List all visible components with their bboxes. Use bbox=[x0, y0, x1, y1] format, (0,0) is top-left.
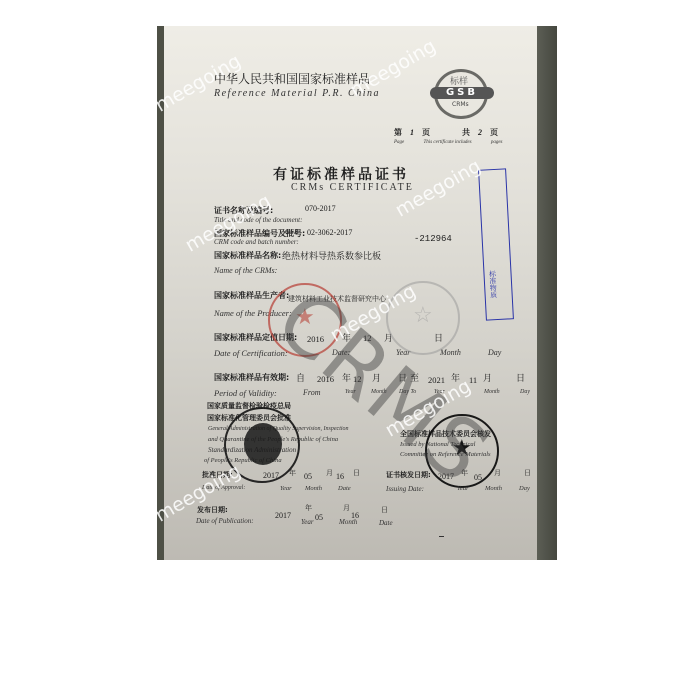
includes-en: This certificate includes bbox=[424, 140, 472, 145]
crm-code-value: 02-3062-2017 bbox=[307, 228, 352, 237]
crm-code-label-en: CRM code and batch number: bbox=[214, 238, 299, 246]
issuing-label-en: Issuing Date: bbox=[386, 485, 424, 493]
publication-day-zh: 日 bbox=[381, 505, 388, 515]
approval-day-zh: 日 bbox=[353, 468, 360, 478]
certificate-title-en: CRMs CERTIFICATE bbox=[291, 182, 414, 193]
blue-box-text: 标准物质 bbox=[487, 270, 498, 298]
publication-month-zh: 月 bbox=[343, 503, 350, 513]
publication-label-zh: 发布日期: bbox=[197, 505, 228, 515]
emblem-icon bbox=[244, 423, 282, 465]
validity-label-zh: 国家标准样品有效期: bbox=[214, 372, 289, 383]
issuing-month: 05 bbox=[474, 473, 482, 482]
page-en: Page bbox=[394, 140, 404, 145]
publication-year-en: Year bbox=[301, 518, 314, 526]
approval-year-zh: 年 bbox=[289, 468, 296, 478]
publication-month-en: Month bbox=[339, 518, 357, 526]
publication-month: 05 bbox=[315, 513, 323, 522]
validity-to-day-en: Day bbox=[520, 389, 530, 395]
validity-to-month-zh: 月 bbox=[483, 371, 492, 384]
page-zh: 第 bbox=[394, 128, 402, 137]
approval-day-en: Date bbox=[338, 485, 351, 492]
approval-month: 05 bbox=[304, 472, 312, 481]
crm-serial-number: -212964 bbox=[414, 234, 452, 244]
logo-top-text: 标样 bbox=[450, 74, 468, 87]
page-info-en: Page This certificate includes pages bbox=[394, 140, 503, 145]
issuing-day-zh: 日 bbox=[524, 468, 531, 478]
doc-code-value: 070-2017 bbox=[305, 204, 336, 213]
approval-day: 16 bbox=[336, 472, 344, 481]
validity-to-month: 11 bbox=[469, 375, 477, 385]
approval-month-zh: 月 bbox=[326, 468, 333, 478]
crm-code-prefix: GSB bbox=[285, 228, 299, 236]
crm-name-label-en: Name of the CRMs: bbox=[214, 266, 277, 275]
approval-year-en: Year bbox=[280, 485, 292, 492]
logo-gsb-text: GSB bbox=[430, 87, 494, 99]
publication-label-en: Date of Publication: bbox=[196, 517, 254, 525]
gsb-logo: 标样 GSB CRMs bbox=[430, 69, 494, 119]
publication-day-en: Date bbox=[379, 519, 393, 527]
validity-to-day-zh: 日 bbox=[516, 371, 525, 384]
validity-label-en: Period of Validity: bbox=[214, 388, 277, 398]
publication-year-zh: 年 bbox=[305, 503, 312, 513]
faded-star-icon: ☆ bbox=[413, 303, 433, 328]
pages-en: pages bbox=[491, 140, 503, 145]
total-unit-zh: 页 bbox=[490, 128, 498, 137]
crm-name-label-zh: 国家标准样品名称: bbox=[214, 250, 281, 261]
page-num: 1 bbox=[410, 128, 414, 137]
crm-name-value: 绝热材料导热系数参比板 bbox=[282, 249, 381, 262]
validity-to-month-en: Month bbox=[484, 389, 500, 395]
page-unit-zh: 页 bbox=[422, 128, 430, 137]
page-info: 第 1 页 共 2 页 bbox=[394, 127, 498, 138]
blue-box-stamp: 标准物质 bbox=[478, 168, 514, 320]
issuing-day-en: Day bbox=[519, 485, 530, 492]
certificate-title-zh: 有证标准样品证书 bbox=[273, 164, 409, 184]
total-zh: 共 bbox=[462, 128, 470, 137]
issuing-month-zh: 月 bbox=[494, 468, 501, 478]
cert-date-day-en: Day bbox=[488, 348, 501, 357]
approval-month-en: Month bbox=[305, 485, 322, 492]
dark-background-strip bbox=[537, 26, 557, 560]
approval-year: 2017 bbox=[263, 471, 279, 480]
certificate-photo: 中华人民共和国国家标准样品 Reference Material P.R. Ch… bbox=[157, 26, 557, 560]
dash-mark bbox=[439, 536, 444, 537]
cert-date-month-en: Month bbox=[440, 348, 461, 357]
logo-crms-text: CRMs bbox=[452, 101, 469, 108]
issuing-month-en: Month bbox=[485, 485, 502, 492]
total-num: 2 bbox=[478, 128, 482, 137]
publication-year: 2017 bbox=[275, 511, 291, 520]
